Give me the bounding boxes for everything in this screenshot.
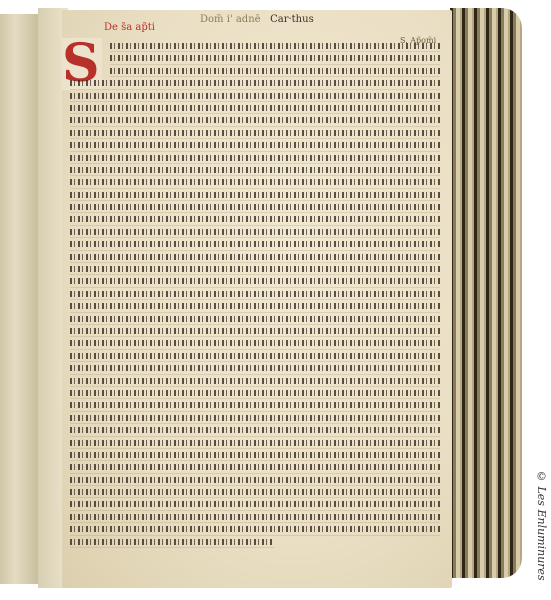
copyright-watermark: © Les Enluminures: [524, 470, 548, 590]
text-line: [70, 337, 440, 349]
text-line: [110, 40, 440, 52]
text-line: [70, 90, 440, 102]
text-line: [70, 325, 440, 337]
text-line: [70, 238, 440, 250]
text-line: [70, 176, 440, 188]
text-line: [70, 275, 440, 287]
text-line: [70, 536, 274, 548]
text-line: [70, 399, 440, 411]
text-line: [70, 164, 440, 176]
text-line: [70, 102, 440, 114]
text-line: [70, 424, 440, 436]
running-head: Dom̃ i' adnē Car·thus: [200, 14, 314, 25]
running-head-title: Car·thus: [270, 14, 314, 25]
rubric-heading: De s̃a ap̃ti: [104, 22, 155, 33]
text-line: [70, 263, 440, 275]
text-line: [70, 288, 440, 300]
left-leaf-edge: [0, 14, 41, 584]
text-line: [70, 511, 440, 523]
running-head-faint: Dom̃ i' adnē: [200, 14, 261, 25]
text-column: [70, 40, 440, 520]
text-line: [70, 313, 440, 325]
text-line: [70, 461, 440, 473]
text-line: [70, 474, 440, 486]
text-line: [70, 300, 440, 312]
text-line: [70, 449, 440, 461]
text-line: [70, 375, 440, 387]
text-line: [70, 139, 440, 151]
text-line: [70, 362, 440, 374]
text-line: [70, 189, 440, 201]
text-line: [110, 52, 440, 64]
text-line: [70, 251, 440, 263]
text-line: [70, 226, 440, 238]
text-line: [70, 127, 440, 139]
text-line: [70, 437, 440, 449]
text-line: [70, 201, 440, 213]
text-line: [70, 114, 440, 126]
text-line: [70, 412, 440, 424]
text-line: [110, 65, 440, 77]
text-line: [70, 523, 440, 535]
text-line: [70, 498, 440, 510]
text-line: [70, 486, 440, 498]
text-line: [70, 152, 440, 164]
page-fore-edges: [450, 8, 522, 578]
manuscript-photo: Dom̃ i' adnē Car·thus De s̃a ap̃ti S S. …: [0, 0, 551, 600]
text-line: [70, 350, 440, 362]
text-line: [70, 213, 440, 225]
text-line: [70, 387, 440, 399]
text-line: [70, 77, 440, 89]
